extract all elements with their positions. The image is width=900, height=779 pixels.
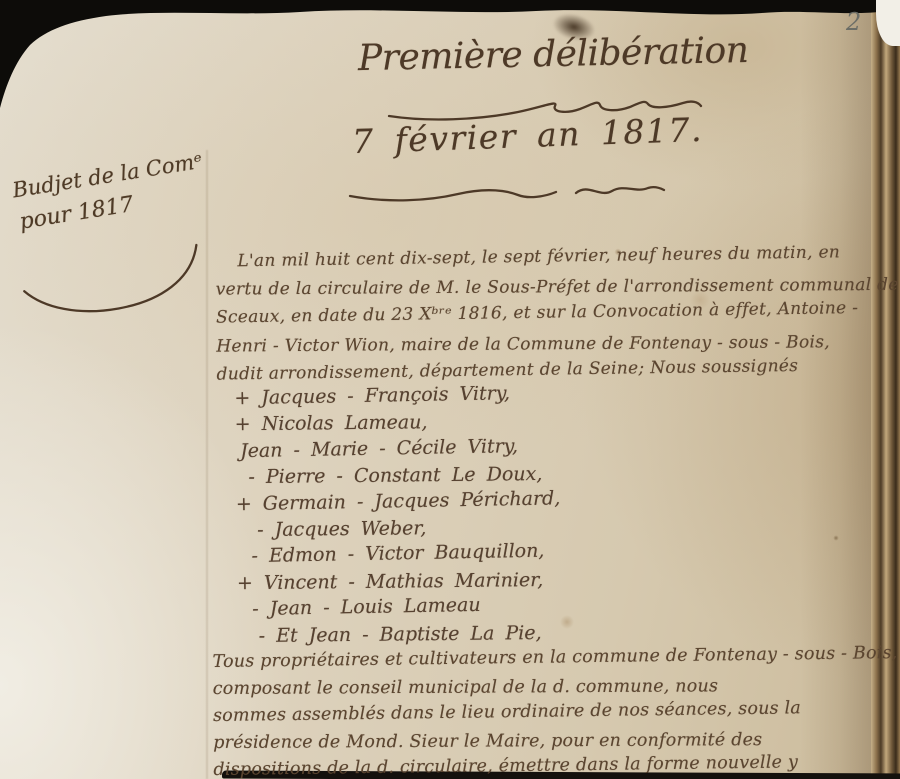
- page-number: 2: [846, 8, 861, 36]
- closing-paragraph: Tous propriétaires et cultivateurs en la…: [212, 643, 898, 779]
- attendee-name: + Jacques - François Vitry,: [234, 379, 559, 411]
- attendee-name: Jean - Marie - Cécile Vitry,: [240, 432, 560, 464]
- opening-paragraph: L'an mil huit cent dix-sept, le sept fév…: [215, 240, 899, 388]
- attendee-name: - Jean - Louis Lameau: [252, 591, 562, 623]
- deliberation-title: Première délibération: [358, 30, 749, 79]
- flourish-under-date: [346, 178, 668, 208]
- manuscript-photo: 2 Première délibération 7 février an 181…: [0, 0, 900, 779]
- attendee-name: - Edmon - Victor Bauquillon,: [251, 538, 561, 570]
- attendee-name: + Germain - Jacques Périchard,: [236, 485, 561, 517]
- attendee-name-list: + Jacques - François Vitry, + Nicolas La…: [234, 381, 562, 650]
- margin-crease-line: [206, 150, 208, 779]
